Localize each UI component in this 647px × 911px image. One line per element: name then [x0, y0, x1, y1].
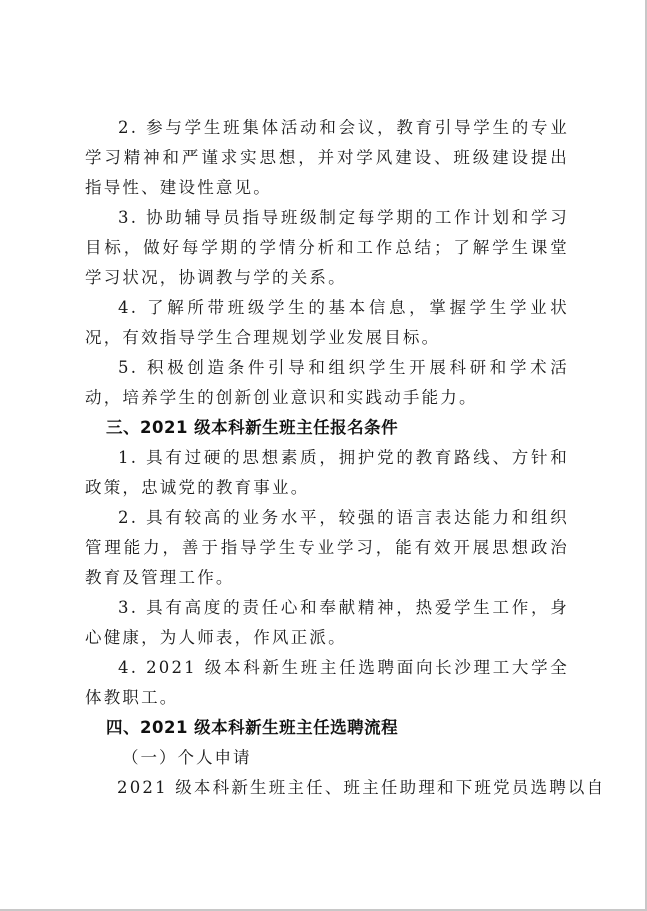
paragraph-duty-3: 3. 协助辅导员指导班级制定每学期的工作计划和学习目标，做好每学期的学情分析和工… — [85, 203, 569, 293]
document-body: 2. 参与学生班集体活动和会议，教育引导学生的专业学习精神和严谨求实思想，并对学… — [85, 113, 569, 803]
section-heading-requirements: 三、2021 级本科新生班主任报名条件 — [85, 413, 569, 443]
paragraph-duty-2: 2. 参与学生班集体活动和会议，教育引导学生的专业学习精神和严谨求实思想，并对学… — [85, 113, 569, 203]
paragraph-duty-4: 4. 了解所带班级学生的基本信息，掌握学生学业状况，有效指导学生合理规划学业发展… — [85, 293, 569, 353]
section-heading-process: 四、2021 级本科新生班主任选聘流程 — [85, 713, 569, 743]
document-page: 2. 参与学生班集体活动和会议，教育引导学生的专业学习精神和严谨求实思想，并对学… — [0, 0, 647, 911]
paragraph-requirement-4: 4. 2021 级本科新生班主任选聘面向长沙理工大学全体教职工。 — [85, 653, 569, 713]
paragraph-requirement-1: 1. 具有过硬的思想素质，拥护党的教育路线、方针和政策，忠诚党的教育事业。 — [85, 443, 569, 503]
paragraph-requirement-2: 2. 具有较高的业务水平，较强的语言表达能力和组织管理能力，善于指导学生专业学习… — [85, 503, 569, 593]
paragraph-application: 2021 级本科新生班主任、班主任助理和下班党员选聘以自 — [85, 773, 569, 803]
paragraph-requirement-3: 3. 具有高度的责任心和奉献精神，热爱学生工作，身心健康，为人师表，作风正派。 — [85, 593, 569, 653]
subsection-heading-application: （一）个人申请 — [85, 743, 569, 773]
paragraph-duty-5: 5. 积极创造条件引导和组织学生开展科研和学术活动，培养学生的创新创业意识和实践… — [85, 353, 569, 413]
